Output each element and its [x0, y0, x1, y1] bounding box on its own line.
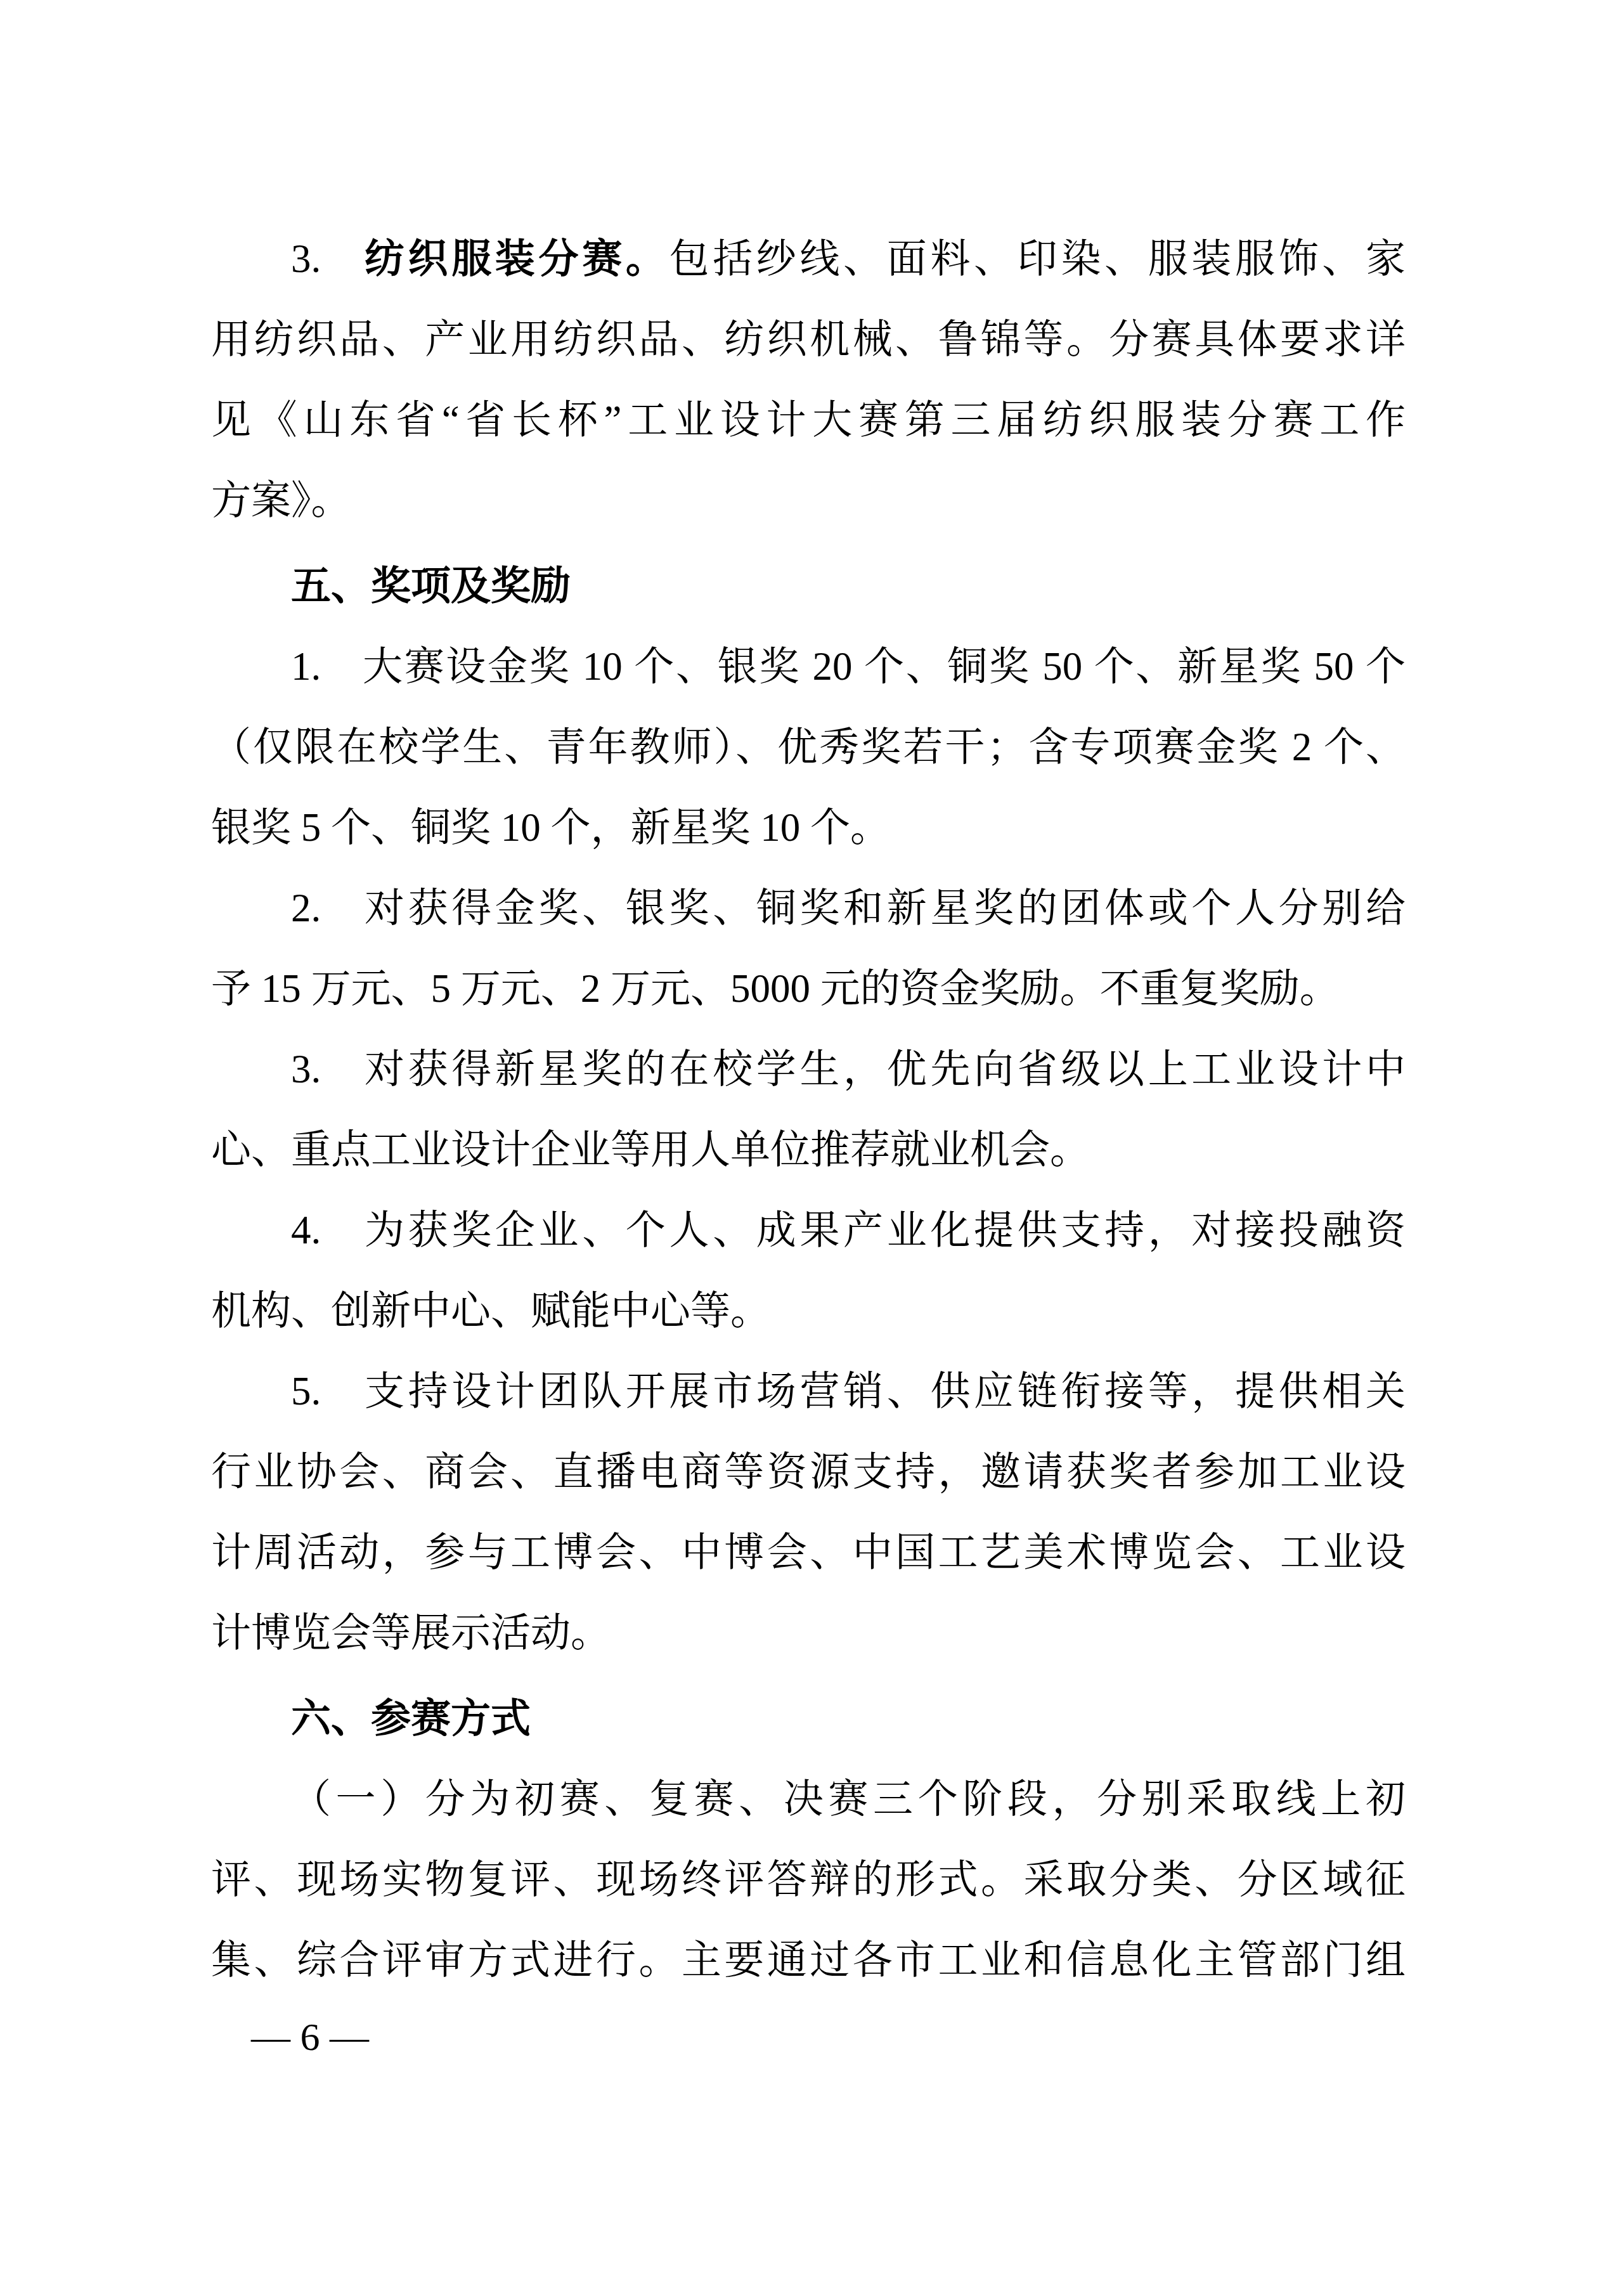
text-run: 机构、创新中心、赋能中心等。 — [211, 1288, 770, 1333]
document-body: 3. 纺织服装分赛。包括纱线、面料、印染、服装服饰、家用纺织品、产业用纺织品、纺… — [211, 219, 1406, 2001]
text-run: 评、现场实物复评、现场终评答辩的形式。采取分类、分区域征 — [211, 1857, 1406, 1902]
text-line: 银奖 5 个、铜奖 10 个，新星奖 10 个。 — [211, 788, 1406, 868]
text-run: 5. 支持设计团队开展市场营销、供应链衔接等，提供相关 — [291, 1369, 1406, 1413]
text-run: （仅限在校学生、青年教师）、优秀奖若干；含专项赛金奖 2 个、 — [211, 725, 1406, 769]
text-line: 行业协会、商会、直播电商等资源支持，邀请获奖者参加工业设 — [211, 1432, 1406, 1512]
text-line: 3. 纺织服装分赛。包括纱线、面料、印染、服装服饰、家 — [211, 219, 1406, 299]
bold-text-run: 五、奖项及奖励 — [291, 564, 571, 608]
paragraph: 3. 对获得新星奖的在校学生，优先向省级以上工业设计中心、重点工业设计企业等用人… — [211, 1029, 1406, 1190]
text-line: （仅限在校学生、青年教师）、优秀奖若干；含专项赛金奖 2 个、 — [211, 707, 1406, 788]
text-run: 银奖 5 个、铜奖 10 个，新星奖 10 个。 — [211, 805, 890, 850]
text-run: 予 15 万元、5 万元、2 万元、5000 元的资金奖励。不重复奖励。 — [211, 966, 1340, 1011]
text-line: （一）分为初赛、复赛、决赛三个阶段，分别采取线上初 — [211, 1759, 1406, 1839]
paragraph: 3. 纺织服装分赛。包括纱线、面料、印染、服装服饰、家用纺织品、产业用纺织品、纺… — [211, 219, 1406, 541]
paragraph: 1. 大赛设金奖 10 个、银奖 20 个、铜奖 50 个、新星奖 50 个（仅… — [211, 626, 1406, 868]
paragraph: 4. 为获奖企业、个人、成果产业化提供支持，对接投融资机构、创新中心、赋能中心等… — [211, 1190, 1406, 1351]
text-line: 机构、创新中心、赋能中心等。 — [211, 1271, 1406, 1351]
text-run: 1. 大赛设金奖 10 个、银奖 20 个、铜奖 50 个、新星奖 50 个 — [291, 644, 1406, 689]
text-run: （一）分为初赛、复赛、决赛三个阶段，分别采取线上初 — [291, 1777, 1406, 1821]
bold-text-run: 六、参赛方式 — [291, 1696, 531, 1741]
text-run: 2. 对获得金奖、银奖、铜奖和新星奖的团体或个人分别给 — [291, 886, 1406, 930]
text-run: 用纺织品、产业用纺织品、纺织机械、鲁锦等。分赛具体要求详 — [211, 317, 1406, 361]
text-run: 行业协会、商会、直播电商等资源支持，邀请获奖者参加工业设 — [211, 1450, 1406, 1494]
text-run: 集、综合评审方式进行。主要通过各市工业和信息化主管部门组 — [211, 1938, 1406, 1982]
document-page: 3. 纺织服装分赛。包括纱线、面料、印染、服装服饰、家用纺织品、产业用纺织品、纺… — [0, 0, 1623, 2296]
page-number: — 6 — — [251, 2015, 369, 2059]
text-run: 方案》。 — [211, 478, 351, 522]
text-line: 3. 对获得新星奖的在校学生，优先向省级以上工业设计中 — [211, 1029, 1406, 1110]
text-line: 用纺织品、产业用纺织品、纺织机械、鲁锦等。分赛具体要求详 — [211, 299, 1406, 380]
text-line: 计博览会等展示活动。 — [211, 1593, 1406, 1673]
section-heading: 五、奖项及奖励 — [211, 546, 1406, 626]
text-run: 心、重点工业设计企业等用人单位推荐就业机会。 — [211, 1127, 1090, 1172]
text-line: 1. 大赛设金奖 10 个、银奖 20 个、铜奖 50 个、新星奖 50 个 — [211, 626, 1406, 707]
text-run: 包括纱线、面料、印染、服装服饰、家 — [669, 237, 1406, 281]
text-run: 计周活动，参与工博会、中博会、中国工艺美术博览会、工业设 — [211, 1530, 1406, 1574]
text-line: 集、综合评审方式进行。主要通过各市工业和信息化主管部门组 — [211, 1920, 1406, 2001]
text-run: 3. — [291, 237, 361, 281]
text-line: 2. 对获得金奖、银奖、铜奖和新星奖的团体或个人分别给 — [211, 868, 1406, 949]
text-line: 5. 支持设计团队开展市场营销、供应链衔接等，提供相关 — [211, 1351, 1406, 1432]
paragraph: 5. 支持设计团队开展市场营销、供应链衔接等，提供相关行业协会、商会、直播电商等… — [211, 1351, 1406, 1673]
text-line: 见《山东省“省长杯”工业设计大赛第三届纺织服装分赛工作 — [211, 380, 1406, 460]
text-run: 见《山东省“省长杯”工业设计大赛第三届纺织服装分赛工作 — [211, 398, 1406, 442]
text-line: 评、现场实物复评、现场终评答辩的形式。采取分类、分区域征 — [211, 1839, 1406, 1920]
text-line: 予 15 万元、5 万元、2 万元、5000 元的资金奖励。不重复奖励。 — [211, 949, 1406, 1029]
text-line: 六、参赛方式 — [211, 1678, 1406, 1759]
text-line: 方案》。 — [211, 460, 1406, 541]
text-line: 五、奖项及奖励 — [211, 546, 1406, 626]
text-line: 4. 为获奖企业、个人、成果产业化提供支持，对接投融资 — [211, 1190, 1406, 1271]
text-run: 计博览会等展示活动。 — [211, 1611, 611, 1655]
text-run: 3. 对获得新星奖的在校学生，优先向省级以上工业设计中 — [291, 1047, 1406, 1091]
section-heading: 六、参赛方式 — [211, 1678, 1406, 1759]
text-line: 心、重点工业设计企业等用人单位推荐就业机会。 — [211, 1110, 1406, 1190]
bold-text-run: 纺织服装分赛。 — [361, 237, 669, 281]
paragraph: （一）分为初赛、复赛、决赛三个阶段，分别采取线上初评、现场实物复评、现场终评答辩… — [211, 1759, 1406, 2001]
paragraph: 2. 对获得金奖、银奖、铜奖和新星奖的团体或个人分别给予 15 万元、5 万元、… — [211, 868, 1406, 1029]
text-line: 计周活动，参与工博会、中博会、中国工艺美术博览会、工业设 — [211, 1512, 1406, 1593]
text-run: 4. 为获奖企业、个人、成果产业化提供支持，对接投融资 — [291, 1208, 1406, 1252]
